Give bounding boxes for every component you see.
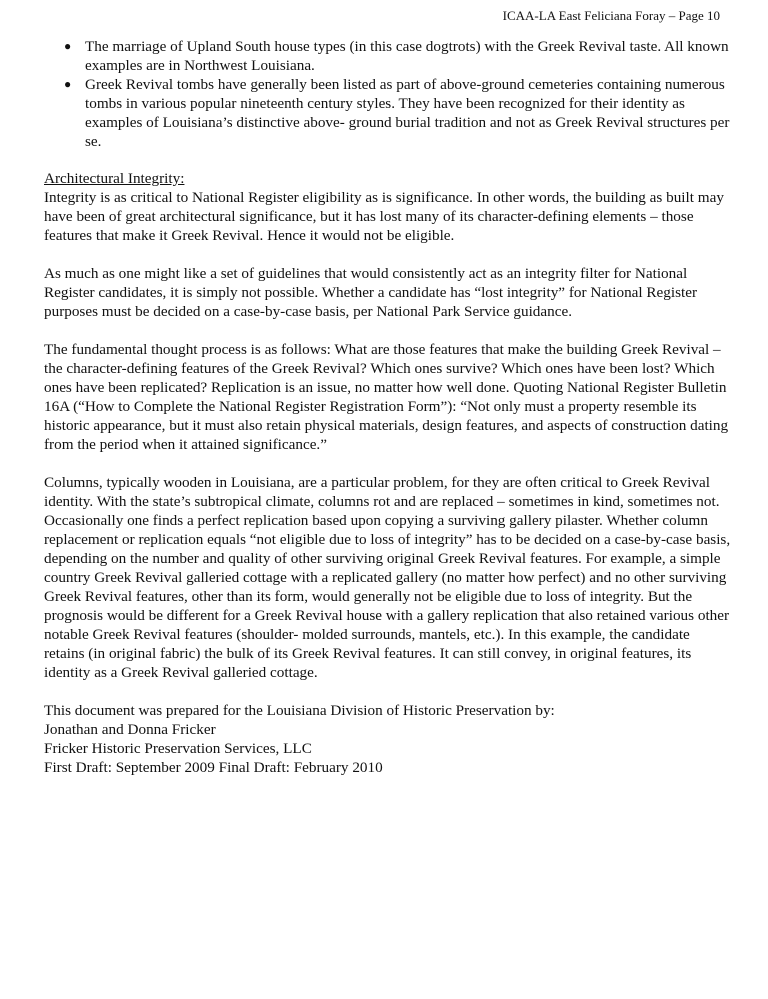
signature-line: Jonathan and Donna Fricker <box>44 720 734 739</box>
bullet-text: The marriage of Upland South house types… <box>85 38 729 74</box>
paragraph: Integrity is as critical to National Reg… <box>44 188 734 245</box>
bullet-icon: ● <box>64 37 71 56</box>
bullet-item: ● Greek Revival tombs have generally bee… <box>44 75 734 151</box>
signature-line: This document was prepared for the Louis… <box>44 701 734 720</box>
bullet-list: ● The marriage of Upland South house typ… <box>44 37 734 151</box>
paragraph: As much as one might like a set of guide… <box>44 264 734 321</box>
paragraph: The fundamental thought process is as fo… <box>44 340 734 454</box>
page-body: ● The marriage of Upland South house typ… <box>44 37 734 777</box>
signature-block: This document was prepared for the Louis… <box>44 701 734 777</box>
bullet-icon: ● <box>64 75 71 94</box>
paragraph: Columns, typically wooden in Louisiana, … <box>44 473 734 682</box>
section-heading: Architectural Integrity: <box>44 169 734 188</box>
bullet-text: Greek Revival tombs have generally been … <box>85 76 729 150</box>
page-running-header: ICAA-LA East Feliciana Foray – Page 10 <box>503 8 720 24</box>
bullet-item: ● The marriage of Upland South house typ… <box>44 37 734 75</box>
signature-line: Fricker Historic Preservation Services, … <box>44 739 734 758</box>
signature-line: First Draft: September 2009 Final Draft:… <box>44 758 734 777</box>
